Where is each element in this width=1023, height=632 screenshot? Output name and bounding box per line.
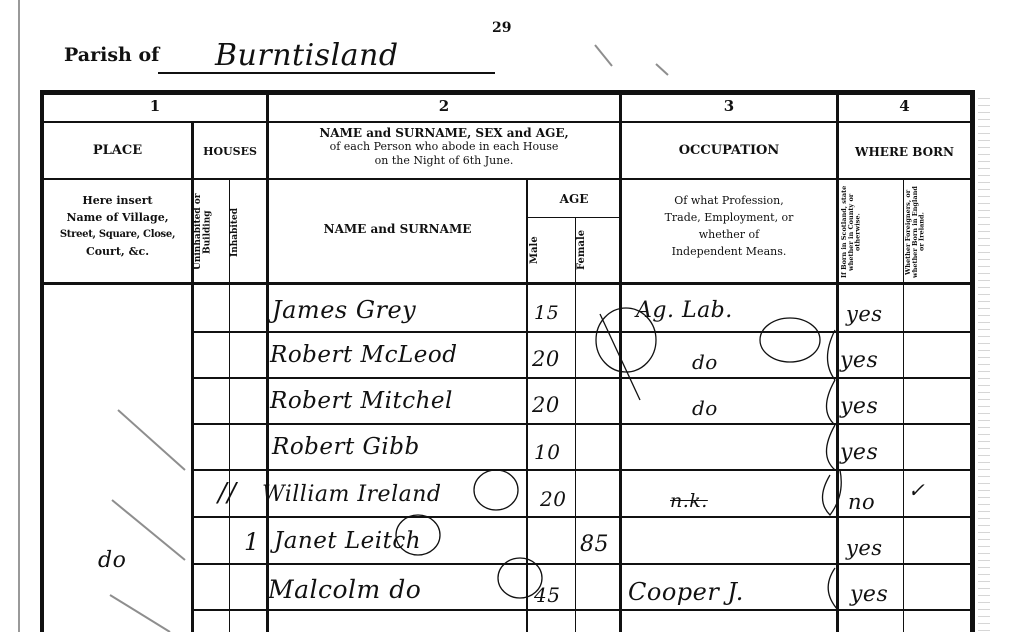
- tick-mark-icon: [823, 470, 842, 515]
- circle-mark-icon: [474, 470, 518, 510]
- tick-mark-icon: [828, 330, 836, 380]
- smudge-mark: [110, 595, 170, 632]
- smudge-mark: [118, 410, 185, 470]
- circle-mark-icon: [760, 318, 820, 362]
- clerical-annotation-marks: [0, 0, 1023, 632]
- tick-mark-icon: [828, 568, 838, 610]
- page-edge-speckle: [978, 95, 990, 632]
- circle-mark-icon: [498, 558, 542, 598]
- slash-mark-icon: [600, 314, 640, 400]
- tick-mark-icon: [827, 380, 836, 425]
- circle-mark-icon: [396, 515, 440, 555]
- smudge-mark: [595, 45, 612, 66]
- circle-mark-icon: [596, 308, 656, 372]
- smudge-mark: [656, 64, 668, 75]
- tick-mark-icon: [827, 425, 836, 470]
- smudge-mark: [112, 500, 185, 560]
